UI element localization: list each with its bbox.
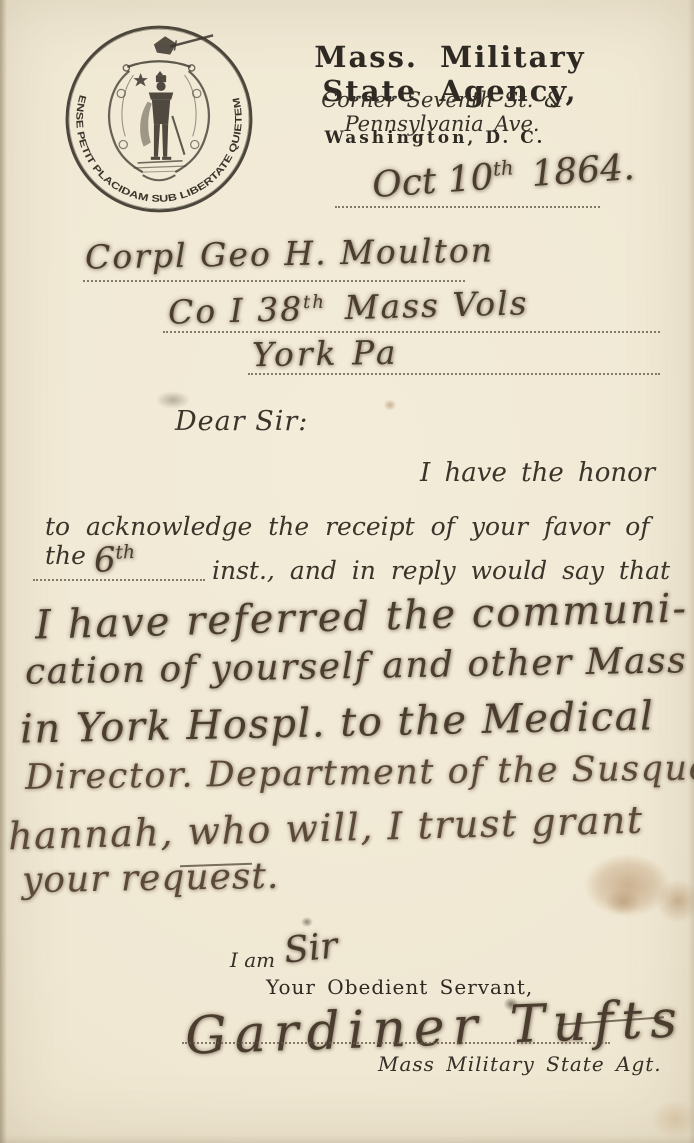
large-stain: [570, 843, 685, 928]
body-line-4: Director. Department of the Susque-: [25, 748, 694, 798]
signature-rule: [182, 1042, 610, 1044]
stain-tail: [600, 885, 646, 919]
recipient-rule-2: [163, 331, 660, 333]
closing-i-am: I am: [230, 948, 275, 972]
printed-opening: I have the honor: [420, 458, 655, 488]
body-line-6: your request.: [22, 856, 280, 901]
foxing-spot: [382, 398, 398, 412]
body-line-1: I have referred the communi-: [35, 585, 689, 648]
closing-sir-handwritten: Sir: [282, 925, 339, 971]
body-line-5: hannah, who will, I trust grant: [8, 798, 645, 859]
recipient-rule-3: [248, 373, 660, 375]
recipient-place: York Pa: [252, 333, 399, 375]
stain-blob: [648, 872, 694, 930]
body-line-2: cation of yourself and other Mass: [25, 640, 688, 693]
recipient-unit: Co I 38th Mass Vols: [168, 283, 529, 331]
agency-city: Washington, D. C.: [300, 128, 570, 148]
massachusetts-state-seal-icon: ENSE PETIT PLACIDAM SUB LIBERTATE QUIETE…: [62, 22, 256, 216]
printed-line-2: inst., and in reply would say that: [212, 556, 670, 585]
ink-blot: [300, 916, 314, 928]
body-line-3: in York Hospl. to the Medical: [20, 693, 655, 752]
corner-stain: [645, 1095, 694, 1143]
salutation: Dear Sir:: [175, 406, 308, 437]
date-rule: [335, 206, 600, 208]
letter-document: ENSE PETIT PLACIDAM SUB LIBERTATE QUIETE…: [0, 0, 694, 1143]
day-handwritten: 6th: [93, 539, 136, 580]
recipient-rule-1: [83, 280, 465, 282]
agent-title: Mass Military State Agt.: [378, 1052, 662, 1076]
date-handwritten: Oct 10th 1864.: [371, 147, 636, 206]
recipient-name: Corpl Geo H. Moulton: [85, 230, 495, 276]
